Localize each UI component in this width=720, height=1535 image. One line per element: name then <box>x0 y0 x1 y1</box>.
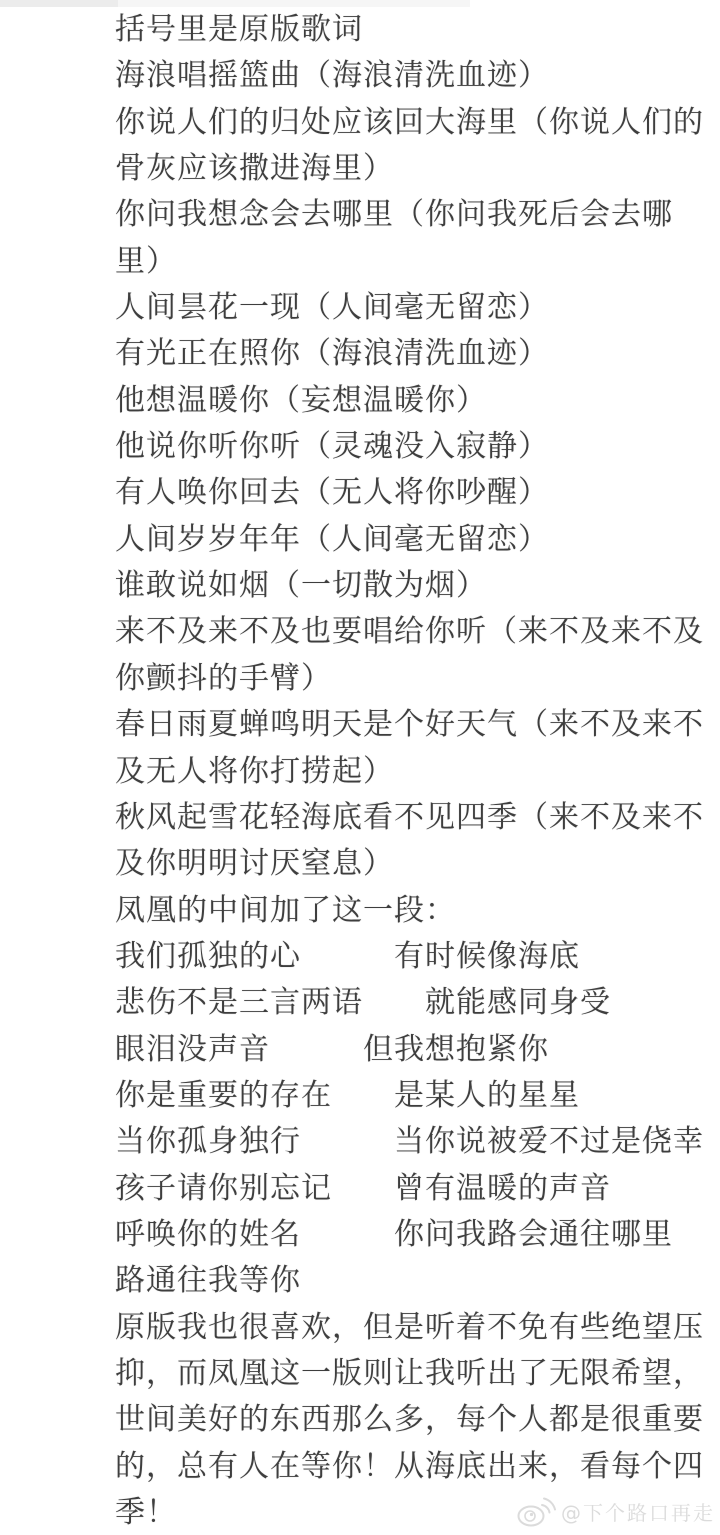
text-line: 你是重要的存在 是某人的星星 <box>115 1073 720 1119</box>
text-line: 呼唤你的姓名 你问我路会通往哪里 <box>115 1212 720 1258</box>
text-line: 海浪唱摇篮曲（海浪清洗血迹） <box>115 53 720 99</box>
text-line: 路通往我等你 <box>115 1258 720 1304</box>
text-line: 凤凰的中间加了这一段： <box>115 888 720 934</box>
text-line: 当你孤身独行 当你说被爱不过是侥幸 <box>115 1119 720 1165</box>
screenshot-edge-artifact <box>0 0 470 7</box>
text-line: 人间昙花一现（人间毫无留恋） <box>115 285 720 331</box>
text-line: 悲伤不是三言两语 就能感同身受 <box>115 980 720 1026</box>
text-line: 括号里是原版歌词 <box>115 7 720 53</box>
text-line: 孩子请你别忘记 曾有温暖的声音 <box>115 1166 720 1212</box>
text-line: 你问我想念会去哪里（你问我死后会去哪 <box>115 192 720 238</box>
text-line: 里） <box>115 239 720 285</box>
text-line: 有光正在照你（海浪清洗血迹） <box>115 331 720 377</box>
text-line: 眼泪没声音 但我想抱紧你 <box>115 1027 720 1073</box>
text-line: 秋风起雪花轻海底看不见四季（来不及来不 <box>115 795 720 841</box>
text-line: 原版我也很喜欢，但是听着不免有些绝望压 <box>115 1305 720 1351</box>
text-line: 他想温暖你（妄想温暖你） <box>115 378 720 424</box>
text-line: 谁敢说如烟（一切散为烟） <box>115 563 720 609</box>
text-line: 我们孤独的心 有时候像海底 <box>115 934 720 980</box>
text-line: 他说你听你听（灵魂没入寂静） <box>115 424 720 470</box>
text-line: 来不及来不及也要唱给你听（来不及来不及 <box>115 609 720 655</box>
text-line: 你颤抖的手臂） <box>115 656 720 702</box>
text-line: 抑，而凤凰这一版则让我听出了无限希望， <box>115 1351 720 1397</box>
watermark: @下个路口再走 <box>516 1494 715 1528</box>
text-line: 春日雨夏蝉鸣明天是个好天气（来不及来不 <box>115 702 720 748</box>
text-line: 你说人们的归处应该回大海里（你说人们的 <box>115 100 720 146</box>
text-line: 人间岁岁年年（人间毫无留恋） <box>115 517 720 563</box>
text-line: 的，总有人在等你！从海底出来，看每个四 <box>115 1444 720 1490</box>
text-line: 骨灰应该撒进海里） <box>115 146 720 192</box>
text-line: 有人唤你回去（无人将你吵醒） <box>115 470 720 516</box>
weibo-logo-icon <box>516 1494 556 1528</box>
text-line: 世间美好的东西那么多，每个人都是很重要 <box>115 1397 720 1443</box>
lyrics-text-block: 括号里是原版歌词海浪唱摇篮曲（海浪清洗血迹）你说人们的归处应该回大海里（你说人们… <box>115 7 720 1535</box>
text-line: 及无人将你打捞起） <box>115 749 720 795</box>
watermark-handle: @下个路口再走 <box>561 1497 715 1526</box>
text-line: 及你明明讨厌窒息） <box>115 841 720 887</box>
